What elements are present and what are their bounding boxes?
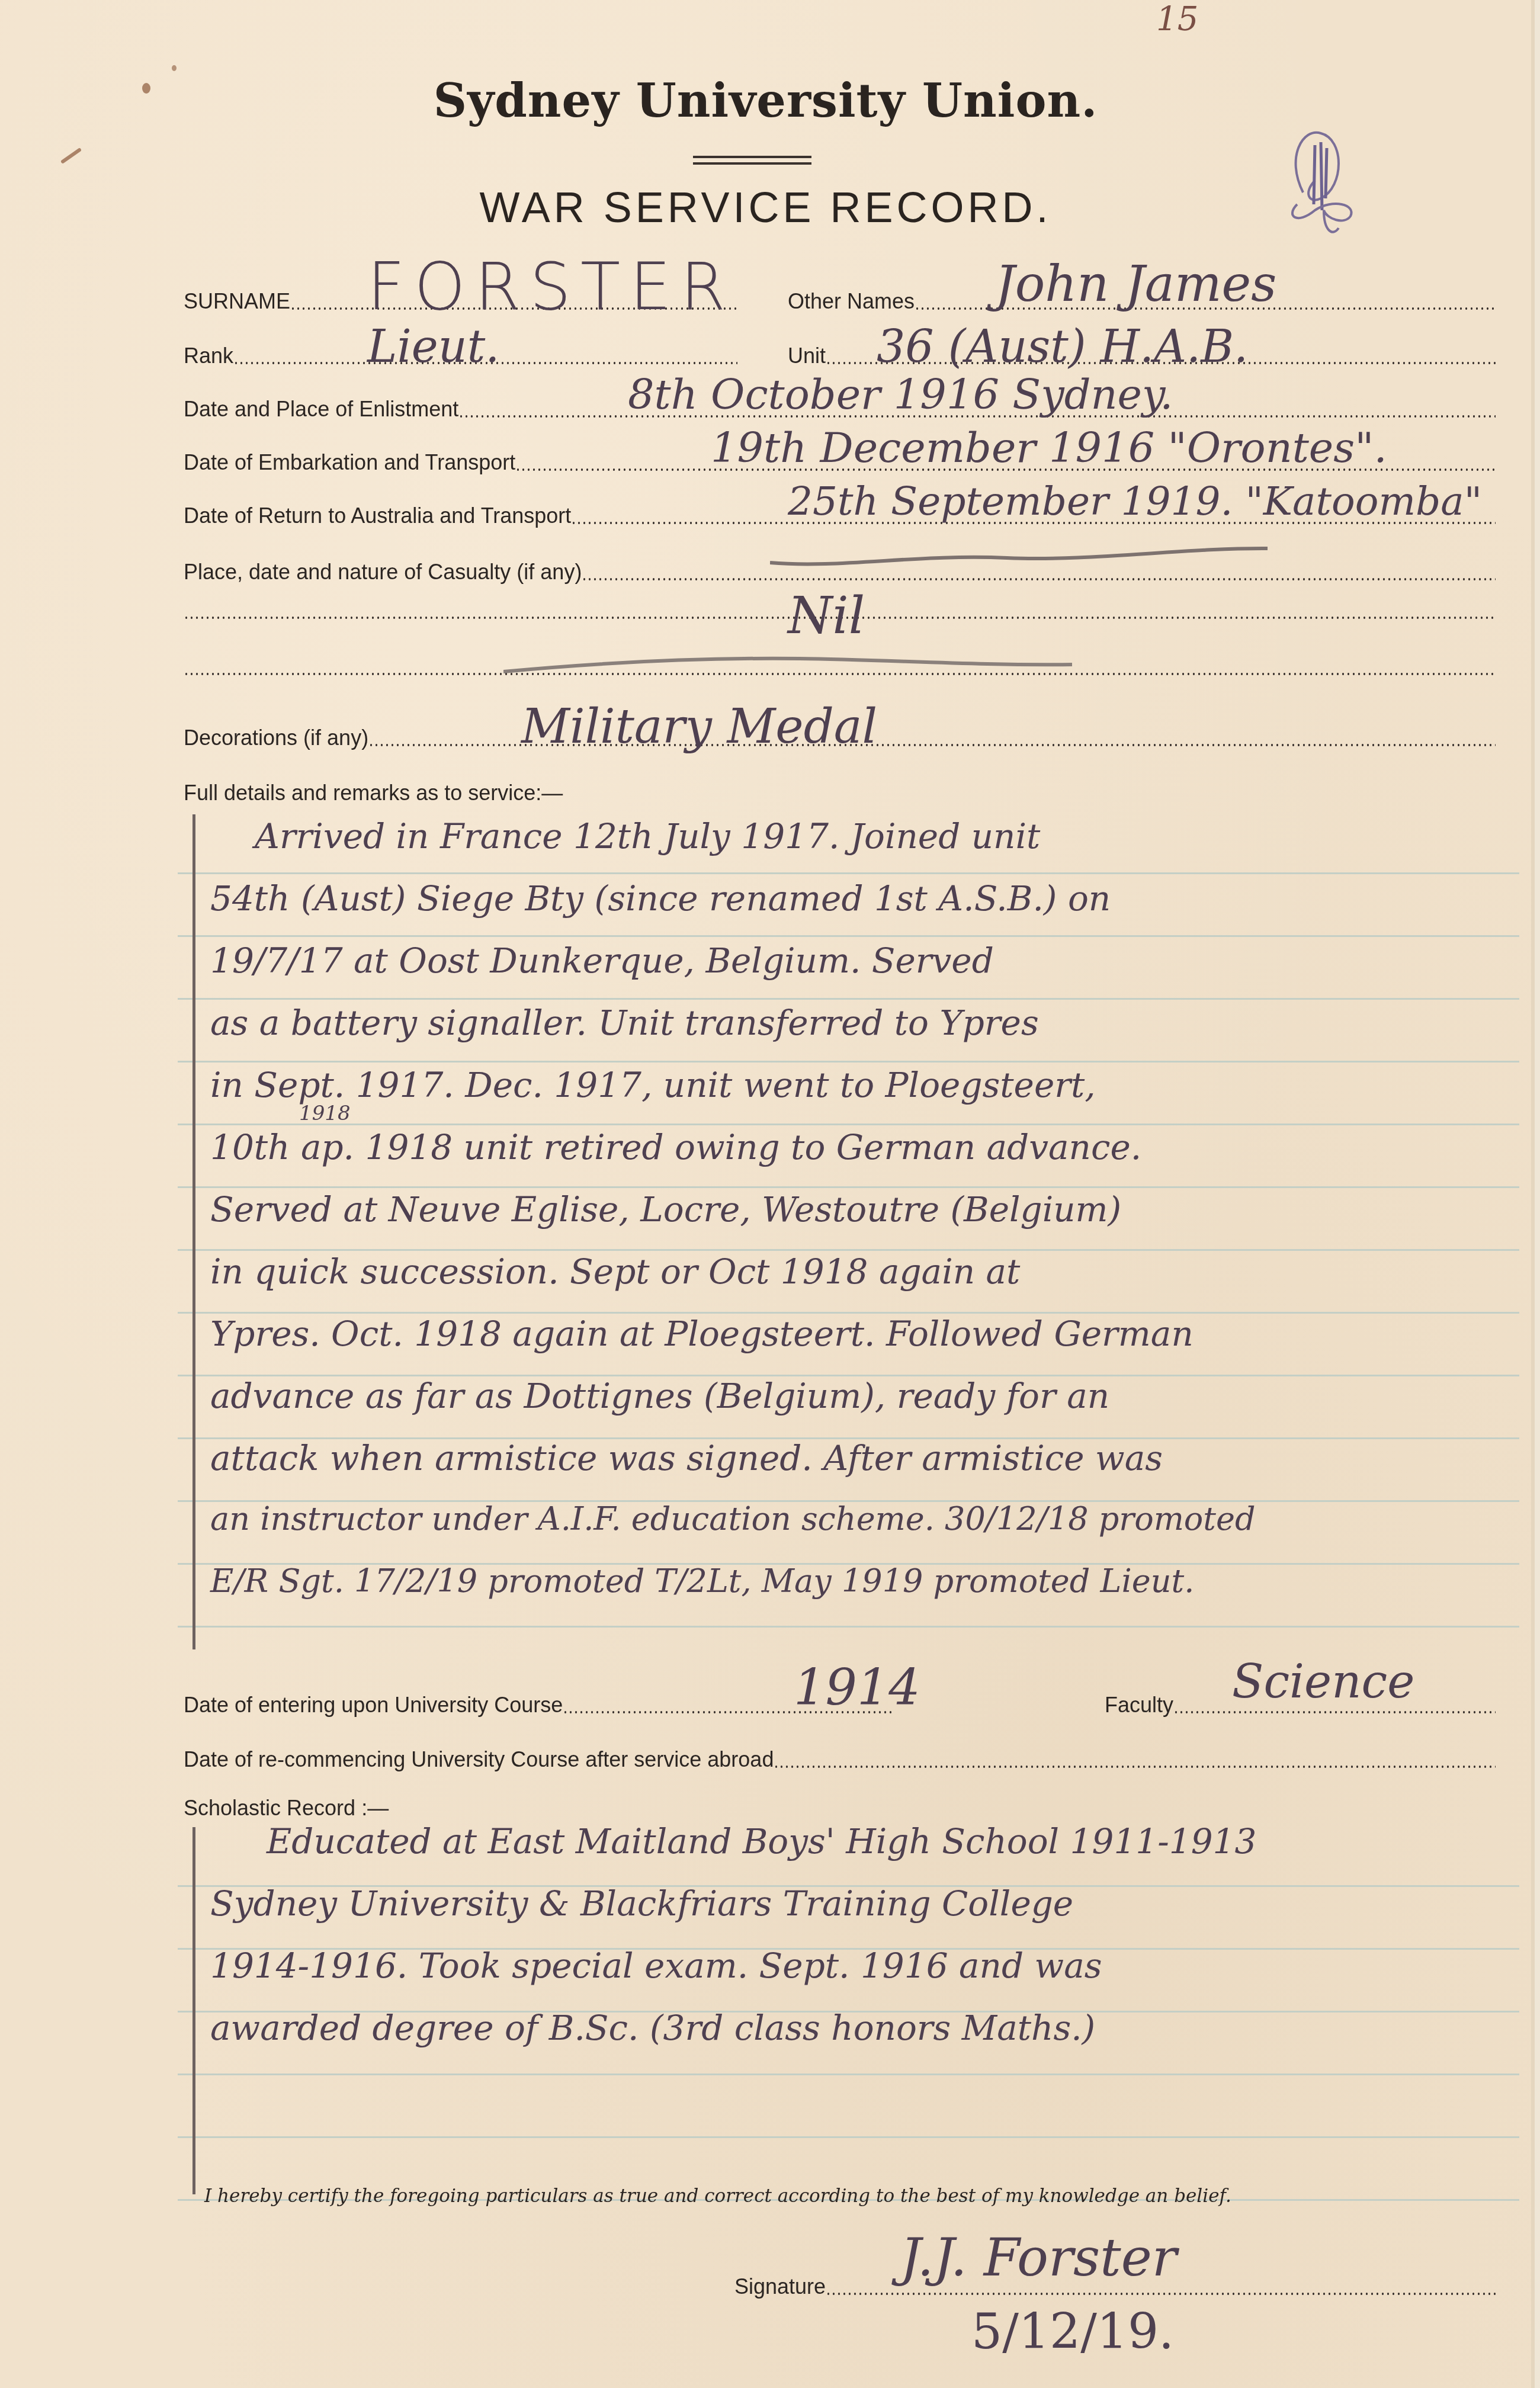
remarks-line[interactable]: in Sept. 1917. Dec. 1917, unit went to P… [210, 1065, 1096, 1105]
recommencing-label: Date of re-commencing University Course … [184, 1747, 774, 1772]
dotted-line [774, 1765, 1496, 1768]
other-names-label: Other Names [788, 289, 915, 314]
decorations-value[interactable]: Military Medal [521, 699, 877, 754]
signature-value[interactable]: J.J. Forster [900, 2227, 1177, 2288]
surname-value[interactable]: FORSTER [367, 249, 735, 325]
certification-text: I hereby certify the foregoing particula… [204, 2185, 1231, 2207]
ink-stain [172, 65, 177, 71]
scholastic-line[interactable]: 1914-1916. Took special exam. Sept. 1916… [210, 1946, 1102, 1986]
remarks-line[interactable]: Arrived in France 12th July 1917. Joined… [255, 816, 1040, 856]
dotted-line [826, 2292, 1496, 2296]
embarkation-label: Date of Embarkation and Transport [184, 450, 515, 475]
title-divider [693, 156, 811, 158]
dotted-line [1173, 1710, 1496, 1714]
university-entry-label: Date of entering upon University Course [184, 1693, 563, 1718]
signature-label: Signature [734, 2274, 826, 2299]
decorations-label: Decorations (if any) [184, 726, 368, 750]
scholastic-label: Scholastic Record :— [184, 1796, 389, 1821]
remarks-line[interactable]: 54th (Aust) Siege Bty (since renamed 1st… [210, 878, 1111, 919]
enlistment-label: Date and Place of Enlistment [184, 397, 458, 422]
title-divider [693, 162, 811, 165]
dotted-line [184, 672, 1496, 676]
remarks-line[interactable]: 10th ap. 1918 unit retired owing to Germ… [210, 1127, 1141, 1167]
university-entry-value[interactable]: 1914 [794, 1658, 920, 1716]
rank-label: Rank [184, 344, 233, 368]
page-number: 15 [1156, 0, 1198, 38]
surname-label: SURNAME [184, 289, 290, 314]
unit-value[interactable]: 36 (Aust) H.A.B. [877, 320, 1248, 373]
remarks-line[interactable]: an instructor under A.I.F. education sch… [210, 1500, 1256, 1538]
remarks-line[interactable]: Ypres. Oct. 1918 again at Ploegsteert. F… [210, 1314, 1193, 1354]
scholastic-line[interactable]: Educated at East Maitland Boys' High Sch… [267, 1821, 1256, 1861]
casualty-value[interactable]: Nil [788, 586, 865, 646]
faculty-label: Faculty [1105, 1693, 1173, 1718]
unit-label: Unit [788, 344, 826, 368]
war-service-record-page: 15 Sydney University Union. WAR SERVICE … [0, 0, 1531, 2388]
monogram-initials-icon [1279, 121, 1362, 240]
dotted-line [582, 577, 1496, 581]
faculty-value[interactable]: Science [1232, 1655, 1414, 1709]
return-label: Date of Return to Australia and Transpor… [184, 503, 571, 528]
university-entry-row: Date of entering upon University Course [184, 1693, 891, 1718]
embarkation-value[interactable]: 19th December 1916 "Orontes". [711, 423, 1387, 472]
remarks-line[interactable]: in quick succession. Sept or Oct 1918 ag… [210, 1251, 1020, 1292]
return-value[interactable]: 25th September 1919. "Katoomba" [788, 479, 1482, 524]
institution-title: Sydney University Union. [0, 74, 1531, 128]
pen-stroke-line [770, 545, 1268, 569]
recommencing-row: Date of re-commencing University Course … [184, 1747, 1496, 1772]
remarks-superscript: 1918 [299, 1102, 351, 1125]
remarks-line[interactable]: Served at Neuve Eglise, Locre, Westoutre… [210, 1189, 1121, 1230]
other-names-value[interactable]: John James [995, 255, 1276, 313]
remarks-line[interactable]: as a battery signaller. Unit transferred… [210, 1003, 1039, 1043]
casualty-row-3 [184, 672, 1496, 679]
scholastic-line[interactable]: Sydney University & Blackfriars Training… [210, 1883, 1073, 1924]
rank-value[interactable]: Lieut. [367, 320, 499, 373]
signature-date[interactable]: 5/12/19. [971, 2304, 1174, 2360]
ink-stain [60, 147, 82, 164]
remarks-label: Full details and remarks as to service:— [184, 781, 563, 805]
casualty-label: Place, date and nature of Casualty (if a… [184, 560, 582, 585]
pen-stroke-line [503, 651, 1072, 675]
scholastic-line[interactable]: awarded degree of B.Sc. (3rd class honor… [210, 2008, 1095, 2048]
remarks-line[interactable]: advance as far as Dottignes (Belgium), r… [210, 1376, 1109, 1416]
enlistment-value[interactable]: 8th October 1916 Sydney. [628, 370, 1173, 419]
remarks-line[interactable]: attack when armistice was signed. After … [210, 1438, 1163, 1478]
remarks-line[interactable]: E/R Sgt. 17/2/19 promoted T/2Lt, May 191… [210, 1562, 1194, 1600]
remarks-line[interactable]: 19/7/17 at Oost Dunkerque, Belgium. Serv… [210, 941, 994, 981]
